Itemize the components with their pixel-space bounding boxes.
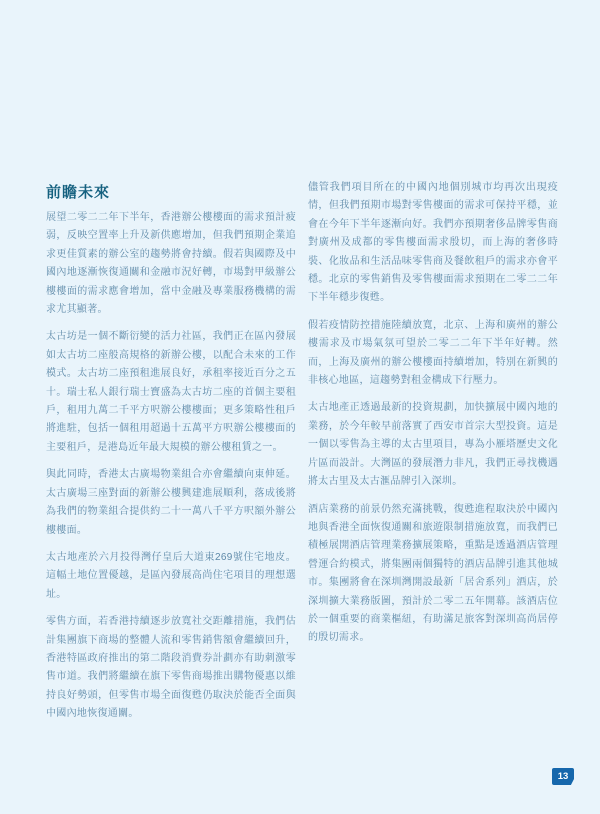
page-number-badge: 13 [552,768,574,785]
right-column: 儘管我們項目所在的中國內地個別城市均再次出現疫情，但我們預期市場對零售樓面的需求… [308,179,558,657]
paragraph-hotels-outlook: 酒店業務的前景仍然充滿挑戰，復甦進程取決於中國內地與香港全面恢復通關和旅遊限制措… [308,501,558,648]
left-column: 展望二零二二年下半年，香港辦公樓樓面的需求預計疲弱，反映空置率上升及新供應增加，… [46,209,296,733]
report-page: 前瞻未來 展望二零二二年下半年，香港辦公樓樓面的需求預計疲弱，反映空置率上升及新… [0,0,600,814]
paragraph-mainland-retail: 儘管我們項目所在的中國內地個別城市均再次出現疫情，但我們預期市場對零售樓面的需求… [308,179,558,308]
paragraph-residential-site: 太古地產於六月投得灣仔皇后大道東269號住宅地皮。這幅土地位置優越，是區內發展高… [46,549,296,604]
paragraph-mainland-investment: 太古地產正透過最新的投資規劃，加快擴展中國內地的業務，於今年較早前落實了西安市首… [308,399,558,491]
paragraph-retail-hongkong: 零售方面，若香港持續逐步放寬社交距離措施，我們估計集團旗下商場的整體人流和零售銷… [46,613,296,723]
paragraph-pacific-place-extension: 與此同時，香港太古廣場物業組合亦會繼續向東伸延。太古廣場三座對面的新辦公樓興建進… [46,466,296,540]
paragraph-mainland-office: 假若疫情防控措施陸續放寬，北京、上海和廣州的辦公樓需求及市場氣氛可望於二零二二年… [308,317,558,391]
paragraph-outlook-office-demand: 展望二零二二年下半年，香港辦公樓樓面的需求預計疲弱，反映空置率上升及新供應增加，… [46,209,296,319]
page-title: 前瞻未來 [46,181,110,202]
paragraph-taikoo-place: 太古坊是一個不斷衍變的活力社區，我們正在區內發展如太古坊二座般高規格的新辦公樓，… [46,328,296,457]
